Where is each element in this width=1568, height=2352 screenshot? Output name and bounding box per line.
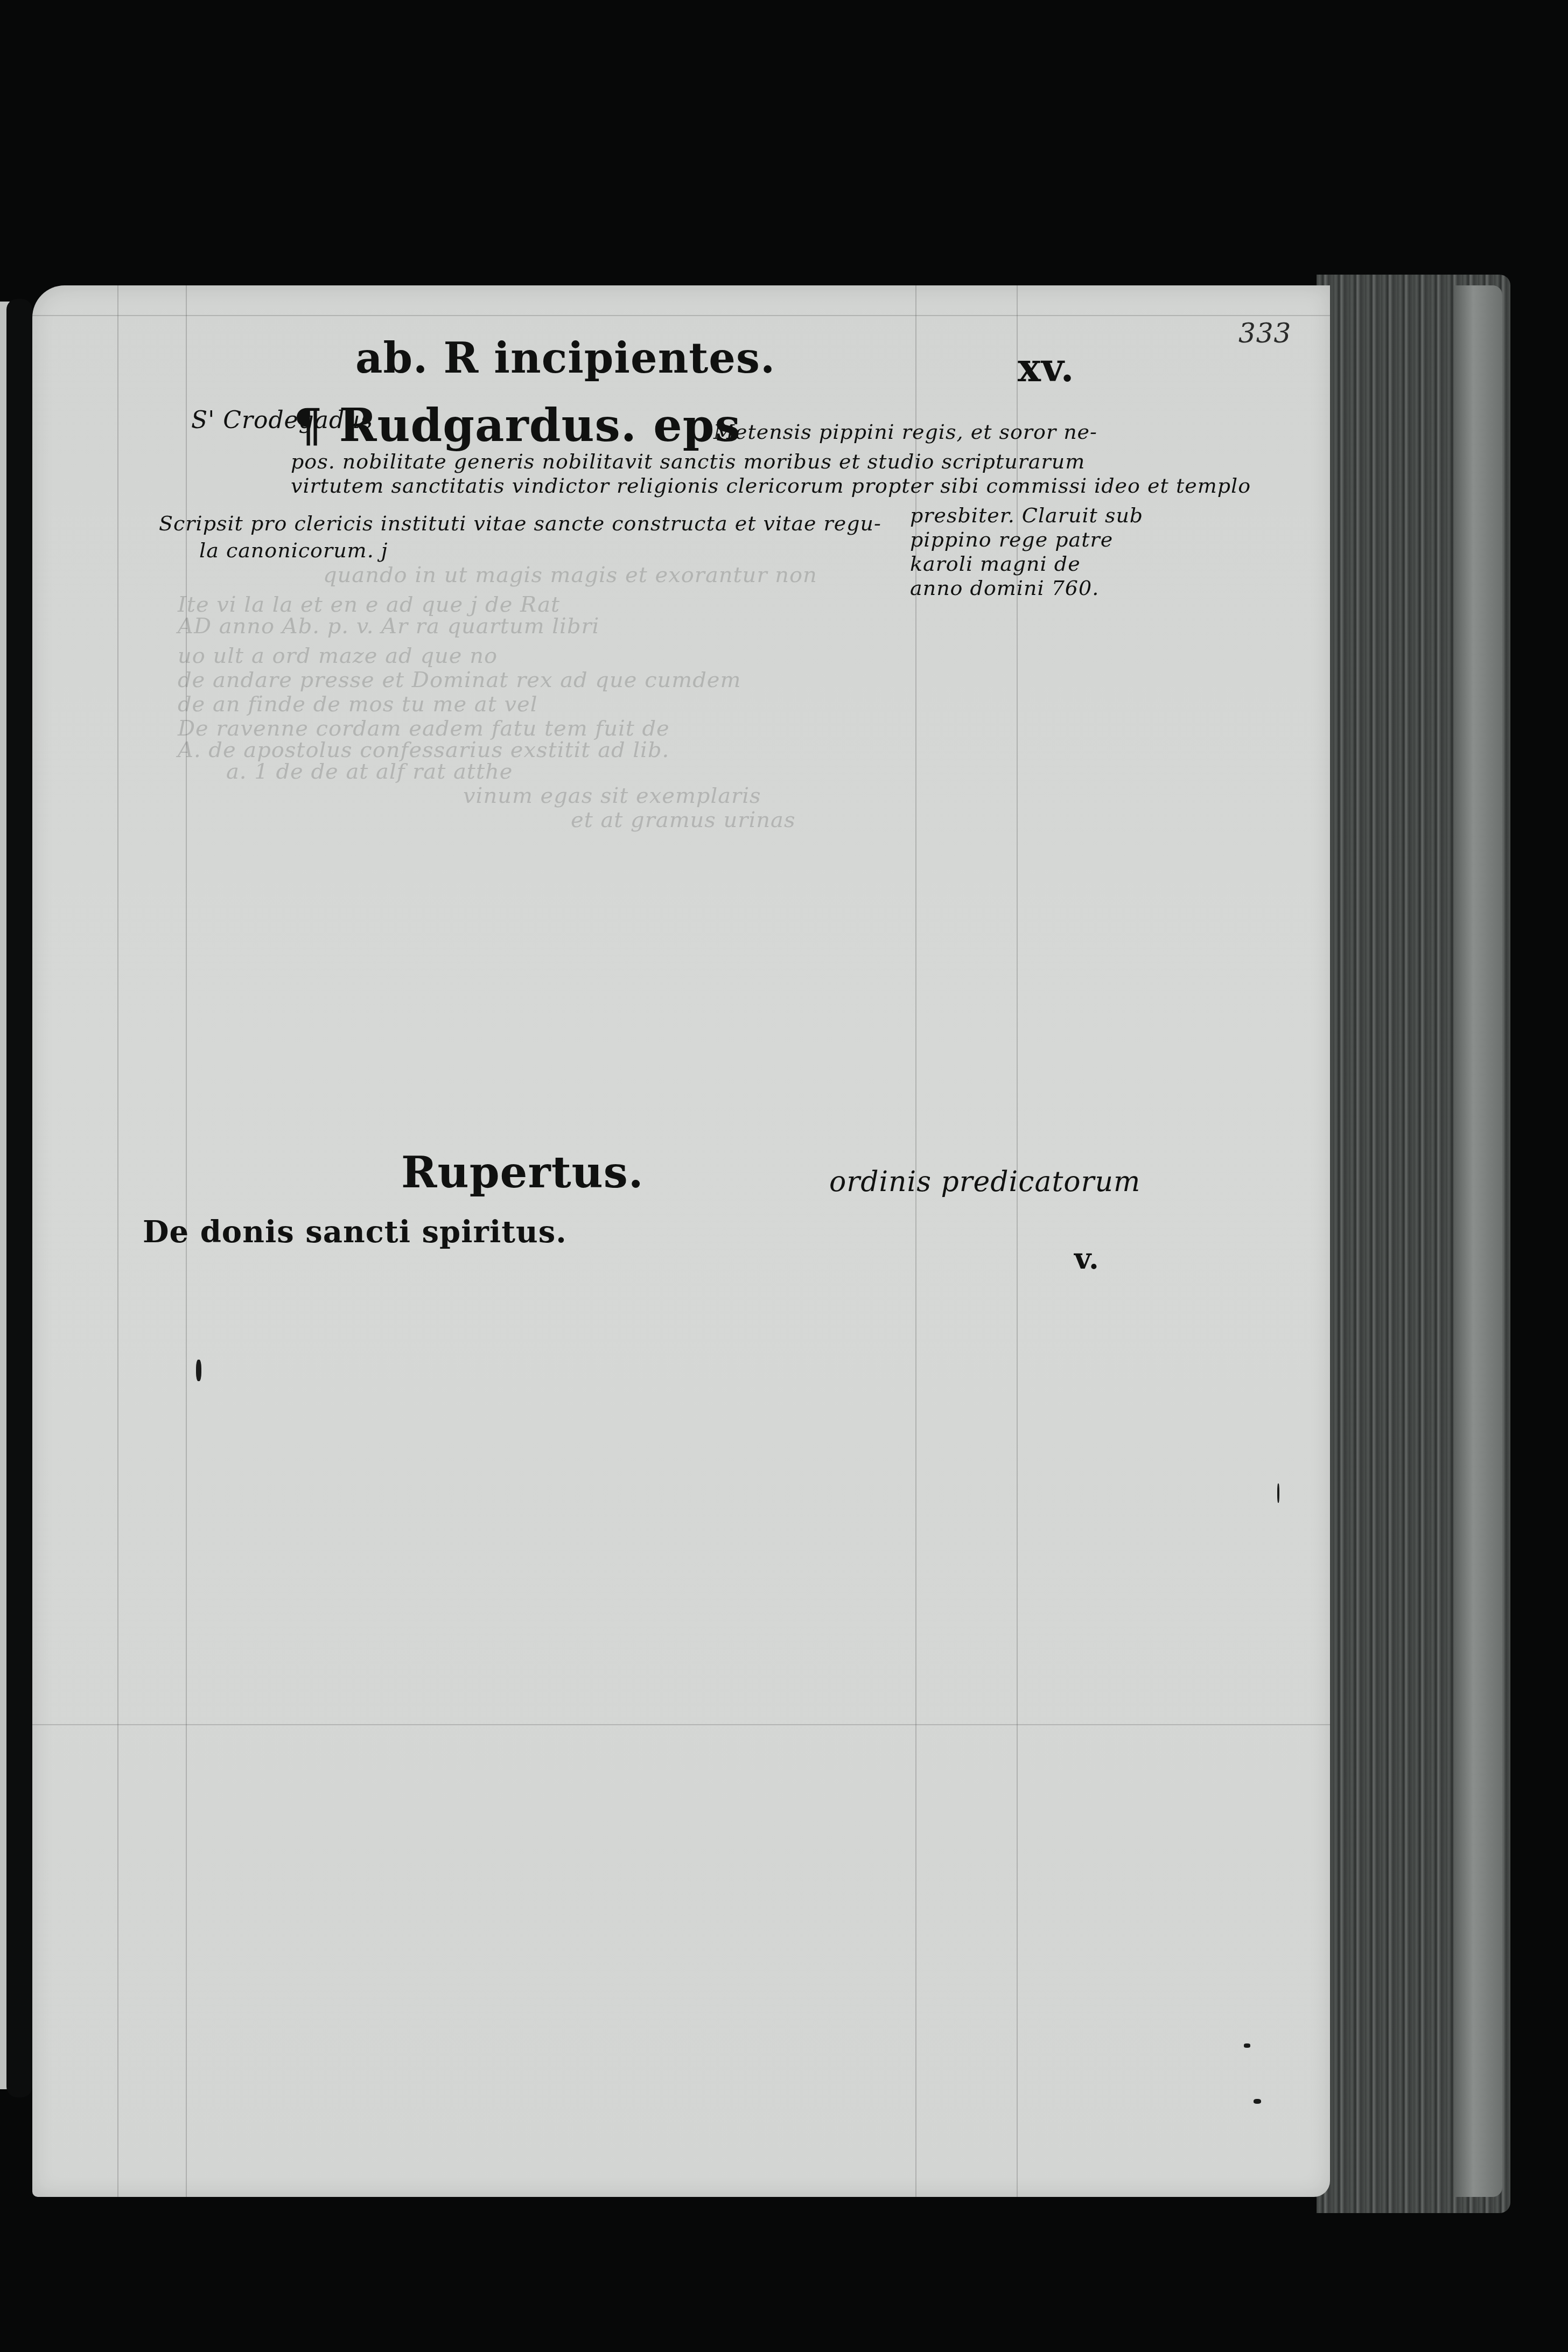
ink-mark bbox=[196, 1360, 201, 1381]
work-title: De donis sancti spiritus. bbox=[143, 1214, 567, 1250]
entry-line: Metensis pippini regis, et soror ne- bbox=[713, 420, 1097, 444]
ink-mark bbox=[1277, 1483, 1279, 1503]
side-note-line: anno domini 760. bbox=[910, 576, 1099, 600]
entry-line: la canonicorum. j bbox=[199, 538, 388, 562]
bleed-through-line: AD anno Ab. p. v. Ar ra quartum libri bbox=[178, 614, 599, 639]
binding-gutter bbox=[6, 299, 32, 2097]
bleed-through-line: quando in ut magis magis et exorantur no… bbox=[323, 563, 817, 587]
ink-mark bbox=[1244, 2043, 1250, 2048]
folio-number: 333 bbox=[1238, 318, 1291, 349]
author-heading: Rupertus. bbox=[401, 1147, 644, 1198]
bleed-through-line: vinum egas sit exemplaris bbox=[463, 783, 761, 808]
bleed-through-line: et at gramus urinas bbox=[571, 808, 795, 832]
ruling-line-top bbox=[32, 315, 1330, 316]
bleed-through-line: uo ult a ord maze ad que no bbox=[178, 643, 498, 668]
side-note-line: pippino rege patre bbox=[910, 528, 1113, 551]
order-annotation: ordinis predicatorum bbox=[829, 1166, 1140, 1198]
book-count: v. bbox=[1074, 1241, 1100, 1276]
section-numeral: xv. bbox=[1018, 345, 1075, 390]
side-note-line: presbiter. Claruit sub bbox=[910, 503, 1143, 527]
book-fore-edge-highlight bbox=[1454, 285, 1502, 2197]
entry-line: Scripsit pro clericis instituti vitae sa… bbox=[159, 512, 881, 535]
bleed-through-line: de an finde de mos tu me at vel bbox=[178, 692, 537, 717]
manuscript-photograph: 333 ab. R incipientes. xv. S' Crodegadus… bbox=[0, 0, 1568, 2352]
bleed-through-line: de andare presse et Dominat rex ad que c… bbox=[178, 668, 741, 692]
ruling-line-left bbox=[117, 285, 118, 2197]
side-note-line: karoli magni de bbox=[910, 552, 1081, 576]
entry-line: virtutem sanctitatis vindictor religioni… bbox=[291, 474, 1251, 498]
entry-line: pos. nobilitate generis nobilitavit sanc… bbox=[291, 450, 1085, 473]
ink-mark bbox=[1254, 2099, 1261, 2104]
running-head: ab. R incipientes. bbox=[355, 334, 775, 383]
bleed-through-line: a. 1 de de at alf rat atthe bbox=[226, 759, 513, 784]
ruling-line-bottom bbox=[32, 1724, 1330, 1725]
entry-heading: ¶ Rudgardus. eps bbox=[293, 398, 741, 452]
